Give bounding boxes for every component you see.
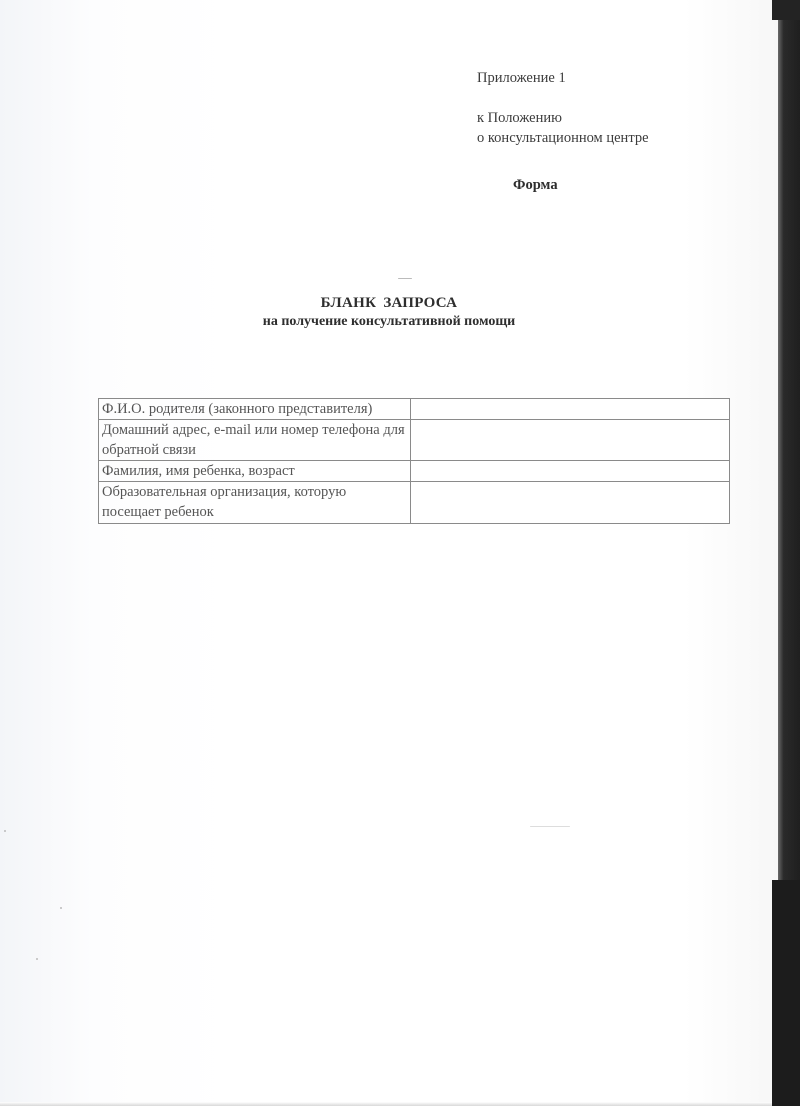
- field-label-organization: Образовательная организация, которую пос…: [99, 482, 411, 524]
- scan-speck: [36, 958, 38, 960]
- table-row: Домашний адрес, e-mail или номер телефон…: [99, 420, 730, 461]
- page-bottom-shadow: [0, 1102, 778, 1106]
- table-row: Образовательная организация, которую пос…: [99, 482, 730, 524]
- field-value-child[interactable]: [411, 461, 730, 482]
- field-value-organization[interactable]: [411, 482, 730, 524]
- request-form-table: Ф.И.О. родителя (законного представителя…: [98, 398, 730, 524]
- field-label-contact: Домашний адрес, e-mail или номер телефон…: [99, 420, 411, 461]
- regulation-reference-line1: к Положению: [477, 108, 649, 128]
- regulation-reference-line2: о консультационном центре: [477, 128, 649, 148]
- field-label-child: Фамилия, имя ребенка, возраст: [99, 461, 411, 482]
- scan-speck: [4, 830, 6, 832]
- table-row: Фамилия, имя ребенка, возраст: [99, 461, 730, 482]
- form-label: Форма: [513, 177, 558, 194]
- scanner-edge-top: [772, 0, 800, 20]
- scanner-edge-bottom: [772, 880, 800, 1106]
- appendix-number: Приложение 1: [477, 68, 649, 88]
- appendix-header: Приложение 1 к Положению о консультацион…: [477, 68, 649, 148]
- scan-speck: [398, 278, 412, 279]
- scanned-page: Приложение 1 к Положению о консультацион…: [0, 0, 778, 1106]
- document-title: БЛАНК ЗАПРОСА: [0, 295, 778, 312]
- field-value-contact[interactable]: [411, 420, 730, 461]
- document-subtitle: на получение консультативной помощи: [0, 314, 778, 330]
- field-value-parent-name[interactable]: [411, 399, 730, 420]
- scan-speck: [530, 826, 570, 827]
- scan-speck: [60, 907, 62, 909]
- table-row: Ф.И.О. родителя (законного представителя…: [99, 399, 730, 420]
- field-label-parent-name: Ф.И.О. родителя (законного представителя…: [99, 399, 411, 420]
